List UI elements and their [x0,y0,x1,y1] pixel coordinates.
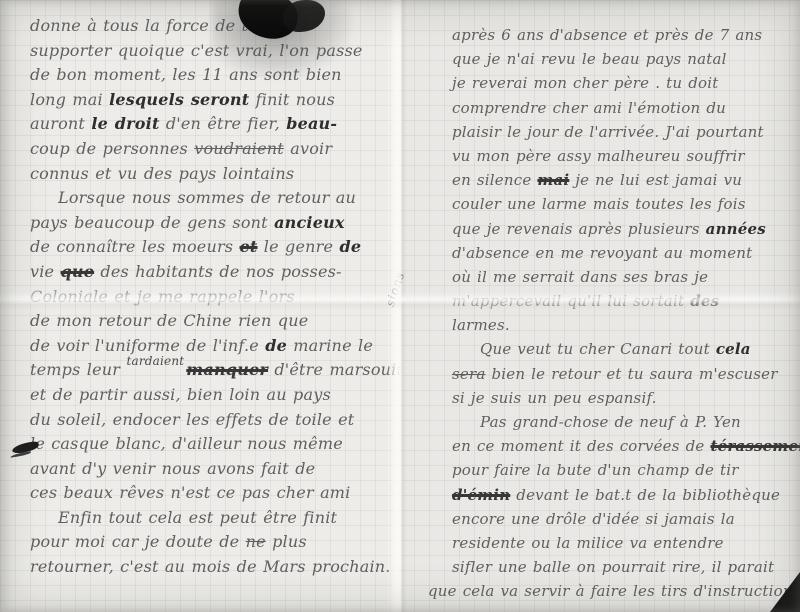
handwritten-line: pour faire la bute d'un champ de tir [452,458,800,482]
handwritten-text: marine le [287,336,373,355]
handwritten-line: si je suis un peu espansif. [452,386,800,410]
handwritten-line: de mon retour de Chine rien que [30,309,399,334]
handwritten-text: ces beaux rêves n'est ce pas cher ami [30,483,351,502]
handwritten-text: de mon retour de Chine rien que [30,311,308,330]
handwritten-text: supporter quoique c'est vrai, l'on passe [30,41,363,60]
handwritten-text: où il me serrait dans ses bras je [452,268,708,286]
handwritten-line: avant d'y venir nous avons fait de [30,457,399,482]
struck-word: manquer [186,360,268,379]
handwritten-line: Enfin tout cela est peut être finit [30,506,399,531]
handwritten-line: donne à tous la force de tout [30,14,399,39]
handwritten-line: connus et vu des pays lointains [30,162,399,187]
handwritten-text: d'en être fier, [160,114,287,133]
handwritten-text: larmes. [452,316,510,334]
handwritten-line: sifler une balle on pourrait rire, il pa… [452,555,800,579]
handwritten-text: d'être marsouins [268,360,415,379]
handwritten-text: de connaître les moeurs [30,237,240,256]
handwritten-line: Coloniale et je me rappele l'ors [30,285,399,310]
handwritten-text: pour moi car je doute de [30,532,246,551]
handwritten-text: connus et vu des pays lointains [30,164,294,183]
handwritten-line: Que veut tu cher Canari tout cela [452,337,800,361]
handwritten-text: le droit [91,114,159,133]
handwritten-line: que cela va servir à faire les tirs d'in… [428,579,800,603]
handwritten-text: de [339,237,361,256]
handwritten-line: vie que des habitants de nos posses- [30,260,399,285]
handwritten-text: plus [266,532,307,551]
struck-word: que [61,262,95,281]
handwritten-text: residente ou la milice va entendre [452,534,724,552]
handwritten-text: en ce moment it des corvées de [452,437,710,455]
handwritten-text: temps leur [30,360,126,379]
handwritten-text: que je revenais après plusieurs [452,220,706,238]
struck-word: sera [452,365,486,383]
handwritten-text: beau- [286,114,337,133]
handwritten-line: de bon moment, les 11 ans sont bien [30,63,399,88]
handwritten-line: encore une drôle d'idée si jamais la [452,507,800,531]
handwritten-text: cela [716,340,751,358]
struck-word: d'émin [452,486,510,504]
handwritten-text: des habitants de nos posses- [94,262,342,281]
handwritten-text: et de partir aussi, bien loin au pays [30,385,331,404]
handwritten-text: lesquels seront [109,90,249,109]
handwritten-line: Pas grand-chose de neuf à P. Yen [452,410,800,434]
handwritten-text: vie [30,262,61,281]
handwritten-line: supporter quoique c'est vrai, l'on passe [30,39,399,64]
handwritten-text: ancieux [274,213,345,232]
handwritten-line: que je revenais après plusieurs années [452,217,800,241]
handwritten-text: long mai [30,90,109,109]
handwritten-line: retourner, c'est au mois de Mars prochai… [30,555,399,580]
page-right-lines: après 6 ans d'absence et près de 7 ansqu… [399,0,800,604]
page-left-lines: donne à tous la force de toutsupporter q… [0,0,399,580]
handwritten-text: si je suis un peu espansif. [452,389,657,407]
handwritten-text: donne à tous la force de tout [30,16,275,35]
handwritten-text: sifler une balle on pourrait rire, il pa… [452,558,774,576]
handwritten-line: après 6 ans d'absence et près de 7 ans [452,23,800,47]
handwritten-line: couler une larme mais toutes les fois [452,192,800,216]
handwritten-text: retourner, c'est au mois de Mars prochai… [30,557,391,576]
handwritten-text: en silence [452,171,537,189]
handwritten-text: vu mon père assy malheureu souffrir [452,147,745,165]
handwritten-line: long mai lesquels seront finit nous [30,88,399,113]
handwritten-text: d'absence en me revoyant au moment [452,244,752,262]
handwritten-text: le casque blanc, d'ailleur nous même [30,434,343,453]
handwritten-text: le genre [257,237,339,256]
handwritten-text: de [265,336,287,355]
struck-word: ne [246,532,266,551]
handwritten-text: plaisir le jour de l'arrivée. J'ai pourt… [452,123,764,141]
handwritten-text: finit nous [249,90,335,109]
handwritten-text: couler une larme mais toutes les fois [452,195,746,213]
handwritten-text: pour faire la bute d'un champ de tir [452,461,739,479]
handwritten-line: ces beaux rêves n'est ce pas cher ami [30,481,399,506]
struck-word: et [240,237,258,256]
handwritten-line: plaisir le jour de l'arrivée. J'ai pourt… [452,120,800,144]
handwritten-text: devant le bat.t de la bibliothèque [510,486,780,504]
handwritten-line: temps leur tardaientmanquer d'être marso… [30,358,399,383]
handwritten-line: coup de personnes voudraient avoir [30,137,399,162]
handwritten-text: années [706,220,766,238]
handwritten-text: coup de personnes [30,139,194,158]
handwritten-text: je reverai mon cher père . tu doit [452,74,718,92]
handwritten-text: bien le retour et tu saura m'escuser [486,365,778,383]
handwritten-text: Lorsque nous sommes de retour au [58,188,356,207]
handwritten-line: Lorsque nous sommes de retour au [30,186,399,211]
handwritten-line: que je n'ai revu le beau pays natal [452,47,800,71]
handwritten-text: des [690,292,719,310]
handwritten-line: sera bien le retour et tu saura m'escuse… [452,362,800,386]
letter-scan: donne à tous la force de toutsupporter q… [0,0,800,612]
handwritten-line: en silence mai je ne lui est jamai vu [452,168,800,192]
handwritten-text: Pas grand-chose de neuf à P. Yen [480,413,741,431]
handwritten-line: pays beaucoup de gens sont ancieux [30,211,399,236]
handwritten-text: que cela va servir à faire les tirs d'in… [428,582,793,600]
handwritten-text: après 6 ans d'absence et près de 7 ans [452,26,762,44]
handwritten-line: d'émin devant le bat.t de la bibliothèqu… [452,483,800,507]
handwritten-text: m'appercevail qu'il lui sortait [452,292,690,310]
handwritten-line: du soleil, endocer les effets de toile e… [30,408,399,433]
handwritten-text: Enfin tout cela est peut être finit [58,508,337,527]
handwritten-line: où il me serrait dans ses bras je [452,265,800,289]
handwritten-line: residente ou la milice va entendre [452,531,800,555]
handwritten-text: que je n'ai revu le beau pays natal [452,50,727,68]
letter-page-left: donne à tous la force de toutsupporter q… [0,0,399,612]
handwritten-line: le casque blanc, d'ailleur nous même [30,432,399,457]
handwritten-line: vu mon père assy malheureu souffrir [452,144,800,168]
letter-page-right: après 6 ans d'absence et près de 7 ansqu… [399,0,800,612]
handwritten-line: de connaître les moeurs et le genre de [30,235,399,260]
struck-word: voudraient [194,139,284,158]
handwritten-line: je reverai mon cher père . tu doit [452,71,800,95]
handwritten-text: encore une drôle d'idée si jamais la [452,510,735,528]
handwritten-text: du soleil, endocer les effets de toile e… [30,410,354,429]
handwritten-line: pour moi car je doute de ne plus [30,530,399,555]
handwritten-text: je ne lui est jamai vu [569,171,742,189]
handwritten-line: comprendre cher ami l'émotion du [452,96,800,120]
handwritten-text: comprendre cher ami l'émotion du [452,99,726,117]
handwritten-text: avoir [284,139,332,158]
handwritten-line: larmes. [452,313,800,337]
handwritten-line: et de partir aussi, bien loin au pays [30,383,399,408]
handwritten-line: en ce moment it des corvées de térasseme… [452,434,800,458]
handwritten-line: de voir l'uniforme de l'inf.e de marine … [30,334,399,359]
struck-word: térassement [710,437,800,455]
handwritten-line: d'absence en me revoyant au moment [452,241,800,265]
handwritten-text: Coloniale et je me rappele l'ors [30,287,295,306]
handwritten-text: auront [30,114,91,133]
handwritten-line: m'appercevail qu'il lui sortait des [452,289,800,313]
handwritten-text: tardaient [126,349,184,374]
handwritten-line: auront le droit d'en être fier, beau- [30,112,399,137]
struck-word: mai [537,171,569,189]
handwritten-text: avant d'y venir nous avons fait de [30,459,315,478]
handwritten-text: Que veut tu cher Canari tout [480,340,716,358]
handwritten-text: de bon moment, les 11 ans sont bien [30,65,342,84]
handwritten-text: pays beaucoup de gens sont [30,213,274,232]
